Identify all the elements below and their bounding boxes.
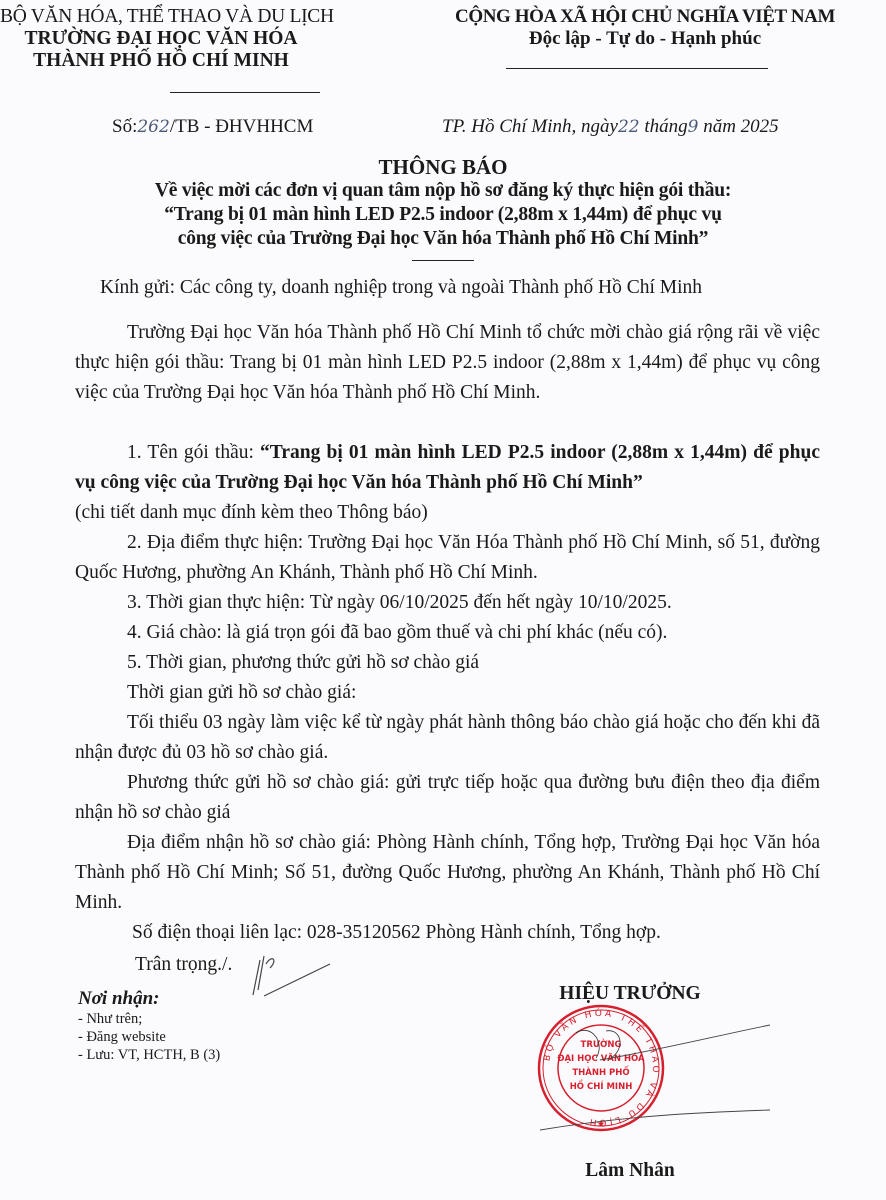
submit-time: Tối thiểu 03 ngày làm việc kể từ ngày ph…: [75, 708, 820, 768]
date-place: TP. Hồ Chí Minh, ngày: [442, 116, 618, 137]
item-5: 5. Thời gian, phương thức gửi hồ sơ chào…: [75, 648, 820, 678]
header-right-divider: [506, 68, 768, 69]
national-motto: Độc lập - Tự do - Hạnh phúc: [422, 28, 868, 50]
doc-number-prefix: Số:: [112, 116, 137, 137]
notice-subject-line2: “Trang bị 01 màn hình LED P2.5 indoor (2…: [40, 203, 846, 227]
date-month-label: tháng: [640, 116, 688, 137]
contact-phone: Số điện thoại liên lạc: 028-35120562 Phò…: [132, 918, 832, 948]
ministry-name: BỘ VĂN HÓA, THỂ THAO VÀ DU LỊCH: [0, 6, 322, 28]
submit-time-label: Thời gian gửi hồ sơ chào giá:: [75, 678, 820, 708]
header-left-divider: [170, 92, 320, 93]
item-1: 1. Tên gói thầu: “Trang bị 01 màn hình L…: [75, 438, 820, 498]
signer-title: HIỆU TRƯỞNG: [520, 983, 740, 1005]
initials-mark-icon: [250, 950, 340, 1000]
item-3: 3. Thời gian thực hiện: Từ ngày 06/10/20…: [75, 588, 820, 618]
school-name-line2: THÀNH PHỐ HỒ CHÍ MINH: [0, 50, 322, 72]
notice-title-block: THÔNG BÁO Về việc mời các đơn vị quan tâ…: [40, 155, 846, 251]
national-header: CỘNG HÒA XÃ HỘI CHỦ NGHĨA VIỆT NAM Độc l…: [422, 6, 868, 50]
item-1-note: (chi tiết danh mục đính kèm theo Thông b…: [75, 498, 820, 528]
notice-subject-line3: công việc của Trường Đại học Văn hóa Thà…: [40, 227, 846, 251]
recipient-item: - Như trên;: [78, 1010, 220, 1028]
addressee: Kính gửi: Các công ty, doanh nghiệp tron…: [100, 273, 840, 303]
recipient-item: - Lưu: VT, HCTH, B (3): [78, 1046, 220, 1064]
date-day: 22: [618, 117, 640, 137]
recipients-title: Nơi nhận:: [78, 988, 220, 1010]
date-year: năm 2025: [698, 116, 778, 137]
submit-place: Địa điểm nhận hồ sơ chào giá: Phòng Hành…: [75, 828, 820, 918]
notice-heading: THÔNG BÁO: [40, 155, 846, 179]
date-month: 9: [688, 117, 699, 137]
doc-number-handwritten: 262: [137, 117, 169, 137]
issuer-header: BỘ VĂN HÓA, THỂ THAO VÀ DU LỊCH TRƯỜNG Đ…: [0, 6, 322, 72]
title-divider: [412, 260, 474, 261]
item-1-label: 1. Tên gói thầu:: [127, 442, 260, 463]
recipient-item: - Đăng website: [78, 1028, 220, 1046]
doc-number-suffix: /TB - ĐHVHHCM: [170, 116, 314, 137]
recipients-block: Nơi nhận: - Như trên; - Đăng website - L…: [78, 988, 220, 1064]
signature-stroke-icon: [540, 1020, 780, 1140]
document-number: Số:262/TB - ĐHVHHCM: [112, 116, 313, 138]
notice-subject-line1: Về việc mời các đơn vị quan tâm nộp hồ s…: [40, 179, 846, 203]
intro-paragraph: Trường Đại học Văn hóa Thành phố Hồ Chí …: [75, 318, 820, 408]
signer-name: Lâm Nhân: [520, 1160, 740, 1182]
submit-method: Phương thức gửi hồ sơ chào giá: gửi trực…: [75, 768, 820, 828]
item-4: 4. Giá chào: là giá trọn gói đã bao gồm …: [75, 618, 820, 648]
date-line: TP. Hồ Chí Minh, ngày22 tháng9 năm 2025: [442, 116, 779, 138]
nation-name: CỘNG HÒA XÃ HỘI CHỦ NGHĨA VIỆT NAM: [422, 6, 868, 28]
item-2: 2. Địa điểm thực hiện: Trường Đại học Vă…: [75, 528, 820, 588]
school-name-line1: TRƯỜNG ĐẠI HỌC VĂN HÓA: [0, 28, 322, 50]
